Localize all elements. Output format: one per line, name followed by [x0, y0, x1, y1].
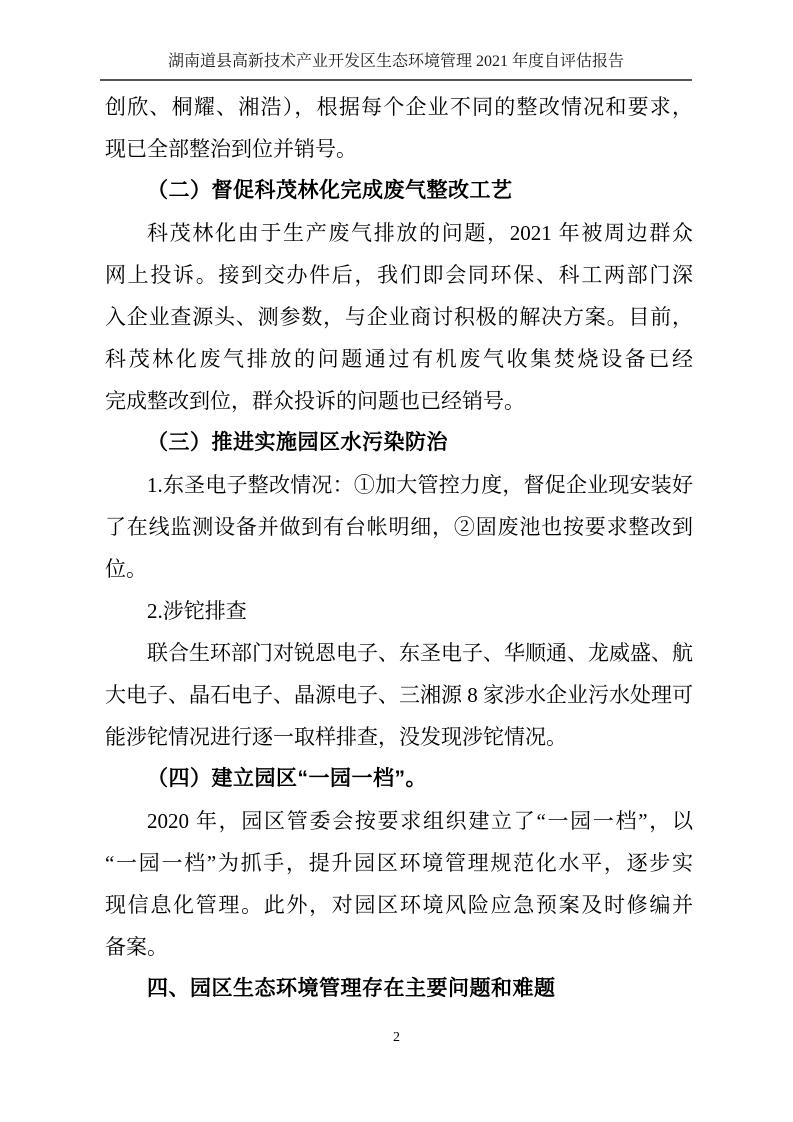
- page-header: 湖南道县高新技术产业开发区生态环境管理 2021 年度自评估报告: [100, 52, 692, 81]
- section-heading: （四）建立园区“一园一档”。: [105, 758, 693, 800]
- document-content: 创欣、桐耀、湘浩），根据每个企业不同的整改情况和要求，现已全部整治到位并销号。（…: [105, 86, 693, 1010]
- section-heading: （三）推进实施园区水污染防治: [105, 422, 693, 464]
- paragraph-line: 能涉铊情况进行逐一取样排查，没发现涉铊情况。: [105, 716, 693, 758]
- paragraph-line: 现信息化管理。此外，对园区环境风险应急预案及时修编并: [105, 884, 693, 926]
- paragraph: 科茂林化由于生产废气排放的问题，2021 年被周边群众网上投诉。接到交办件后，我…: [105, 212, 693, 422]
- page-number: 2: [393, 1030, 400, 1045]
- paragraph-line: 创欣、桐耀、湘浩），根据每个企业不同的整改情况和要求，: [105, 86, 693, 128]
- paragraph-line: 科茂林化由于生产废气排放的问题，2021 年被周边群众: [105, 212, 693, 254]
- paragraph-line: 2020 年，园区管委会按要求组织建立了“一园一档”，以: [105, 800, 693, 842]
- paragraph-line: 现已全部整治到位并销号。: [105, 128, 693, 170]
- paragraph-line: 网上投诉。接到交办件后，我们即会同环保、科工两部门深: [105, 254, 693, 296]
- paragraph-line: 大电子、晶石电子、晶源电子、三湘源 8 家涉水企业污水处理可: [105, 674, 693, 716]
- paragraph-line: 科茂林化废气排放的问题通过有机废气收集焚烧设备已经: [105, 338, 693, 380]
- section-heading: （二）督促科茂林化完成废气整改工艺: [105, 170, 693, 212]
- paragraph: 2020 年，园区管委会按要求组织建立了“一园一档”，以“一园一档”为抓手，提升…: [105, 800, 693, 968]
- paragraph: 1.东圣电子整改情况：①加大管控力度，督促企业现安装好了在线监测设备并做到有台帐…: [105, 464, 693, 590]
- paragraph-line: 1.东圣电子整改情况：①加大管控力度，督促企业现安装好: [105, 464, 693, 506]
- paragraph: 2.涉铊排查: [105, 590, 693, 632]
- paragraph-line: 完成整改到位，群众投诉的问题也已经销号。: [105, 380, 693, 422]
- paragraph: 联合生环部门对锐恩电子、东圣电子、华顺通、龙威盛、航大电子、晶石电子、晶源电子、…: [105, 632, 693, 758]
- paragraph-line: “一园一档”为抓手，提升园区环境管理规范化水平，逐步实: [105, 842, 693, 884]
- paragraph: 创欣、桐耀、湘浩），根据每个企业不同的整改情况和要求，现已全部整治到位并销号。: [105, 86, 693, 170]
- document-page: 湖南道县高新技术产业开发区生态环境管理 2021 年度自评估报告 创欣、桐耀、湘…: [0, 0, 793, 1122]
- page-footer: 2: [0, 1028, 793, 1046]
- paragraph-line: 2.涉铊排查: [105, 590, 693, 632]
- header-title: 湖南道县高新技术产业开发区生态环境管理 2021 年度自评估报告: [100, 52, 692, 72]
- section-heading: 四、园区生态环境管理存在主要问题和难题: [105, 968, 693, 1010]
- paragraph-line: 联合生环部门对锐恩电子、东圣电子、华顺通、龙威盛、航: [105, 632, 693, 674]
- paragraph-line: 备案。: [105, 926, 693, 968]
- paragraph-line: 了在线监测设备并做到有台帐明细，②固废池也按要求整改到: [105, 506, 693, 548]
- paragraph-line: 位。: [105, 548, 693, 590]
- paragraph-line: 入企业查源头、测参数，与企业商讨积极的解决方案。目前，: [105, 296, 693, 338]
